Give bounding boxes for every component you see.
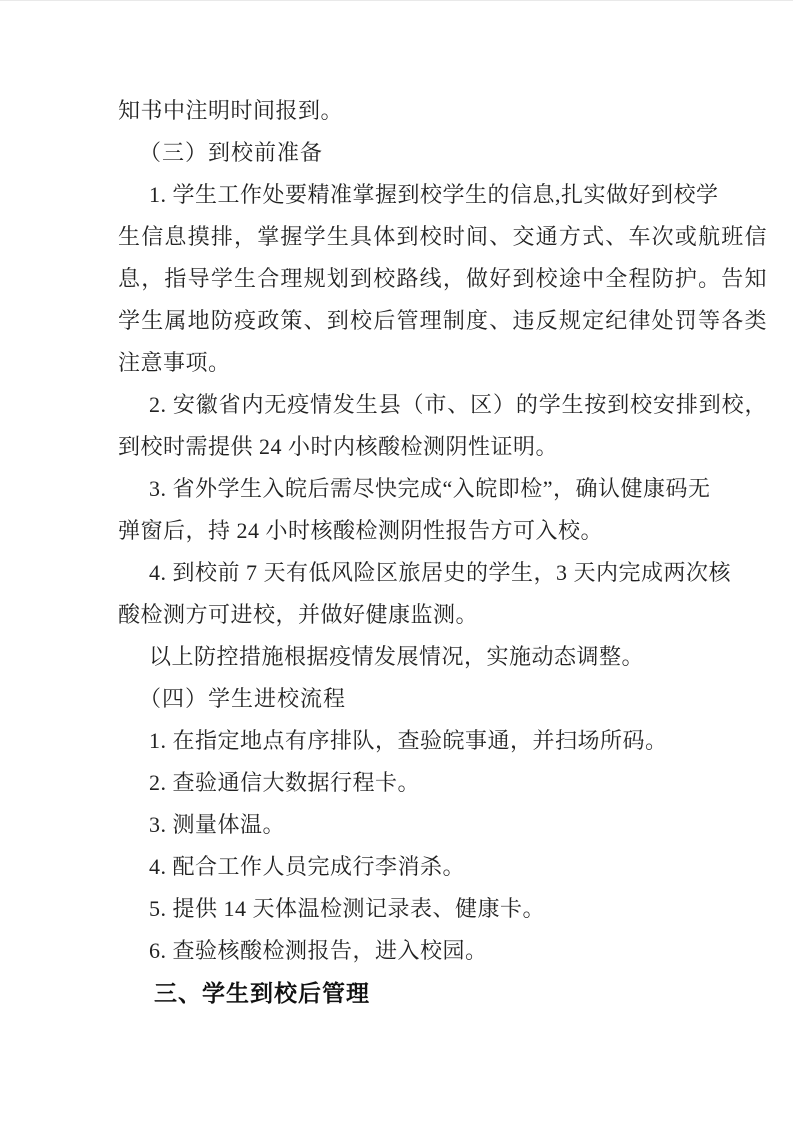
document-line: 以上防控措施根据疫情发展情况，实施动态调整。 (118, 636, 767, 678)
document-line: 酸检测方可进校，并做好健康监测。 (118, 594, 767, 636)
document-line: 1. 在指定地点有序排队，查验皖事通，并扫场所码。 (118, 720, 767, 762)
document-line: 息，指导学生合理规划到校路线，做好到校途中全程防护。告知 (118, 258, 767, 300)
document-line: 4. 配合工作人员完成行李消杀。 (118, 846, 767, 888)
document-line: 6. 查验核酸检测报告，进入校园。 (118, 930, 767, 972)
document-line: 知书中注明时间报到。 (118, 90, 767, 132)
document-body: 知书中注明时间报到。（三）到校前准备1. 学生工作处要精准掌握到校学生的信息,扎… (118, 90, 767, 1014)
document-line: 弹窗后，持 24 小时核酸检测阴性报告方可入校。 (118, 510, 767, 552)
document-line: 生信息摸排，掌握学生具体到校时间、交通方式、车次或航班信 (118, 216, 767, 258)
document-line: 2. 安徽省内无疫情发生县（市、区）的学生按到校安排到校， (118, 384, 767, 426)
document-page: 知书中注明时间报到。（三）到校前准备1. 学生工作处要精准掌握到校学生的信息,扎… (0, 0, 793, 1122)
document-line: 5. 提供 14 天体温检测记录表、健康卡。 (118, 888, 767, 930)
document-line: 4. 到校前 7 天有低风险区旅居史的学生，3 天内完成两次核 (118, 552, 767, 594)
document-line: 注意事项。 (118, 342, 767, 384)
document-line: 3. 省外学生入皖后需尽快完成“入皖即检”，确认健康码无 (118, 468, 767, 510)
document-line: （三）到校前准备 (118, 132, 767, 174)
document-line: 三、学生到校后管理 (118, 972, 767, 1014)
document-line: 学生属地防疫政策、到校后管理制度、违反规定纪律处罚等各类 (118, 300, 767, 342)
document-line: 1. 学生工作处要精准掌握到校学生的信息,扎实做好到校学 (118, 174, 767, 216)
document-line: （四）学生进校流程 (118, 678, 767, 720)
document-line: 到校时需提供 24 小时内核酸检测阴性证明。 (118, 426, 767, 468)
document-line: 3. 测量体温。 (118, 804, 767, 846)
document-line: 2. 查验通信大数据行程卡。 (118, 762, 767, 804)
